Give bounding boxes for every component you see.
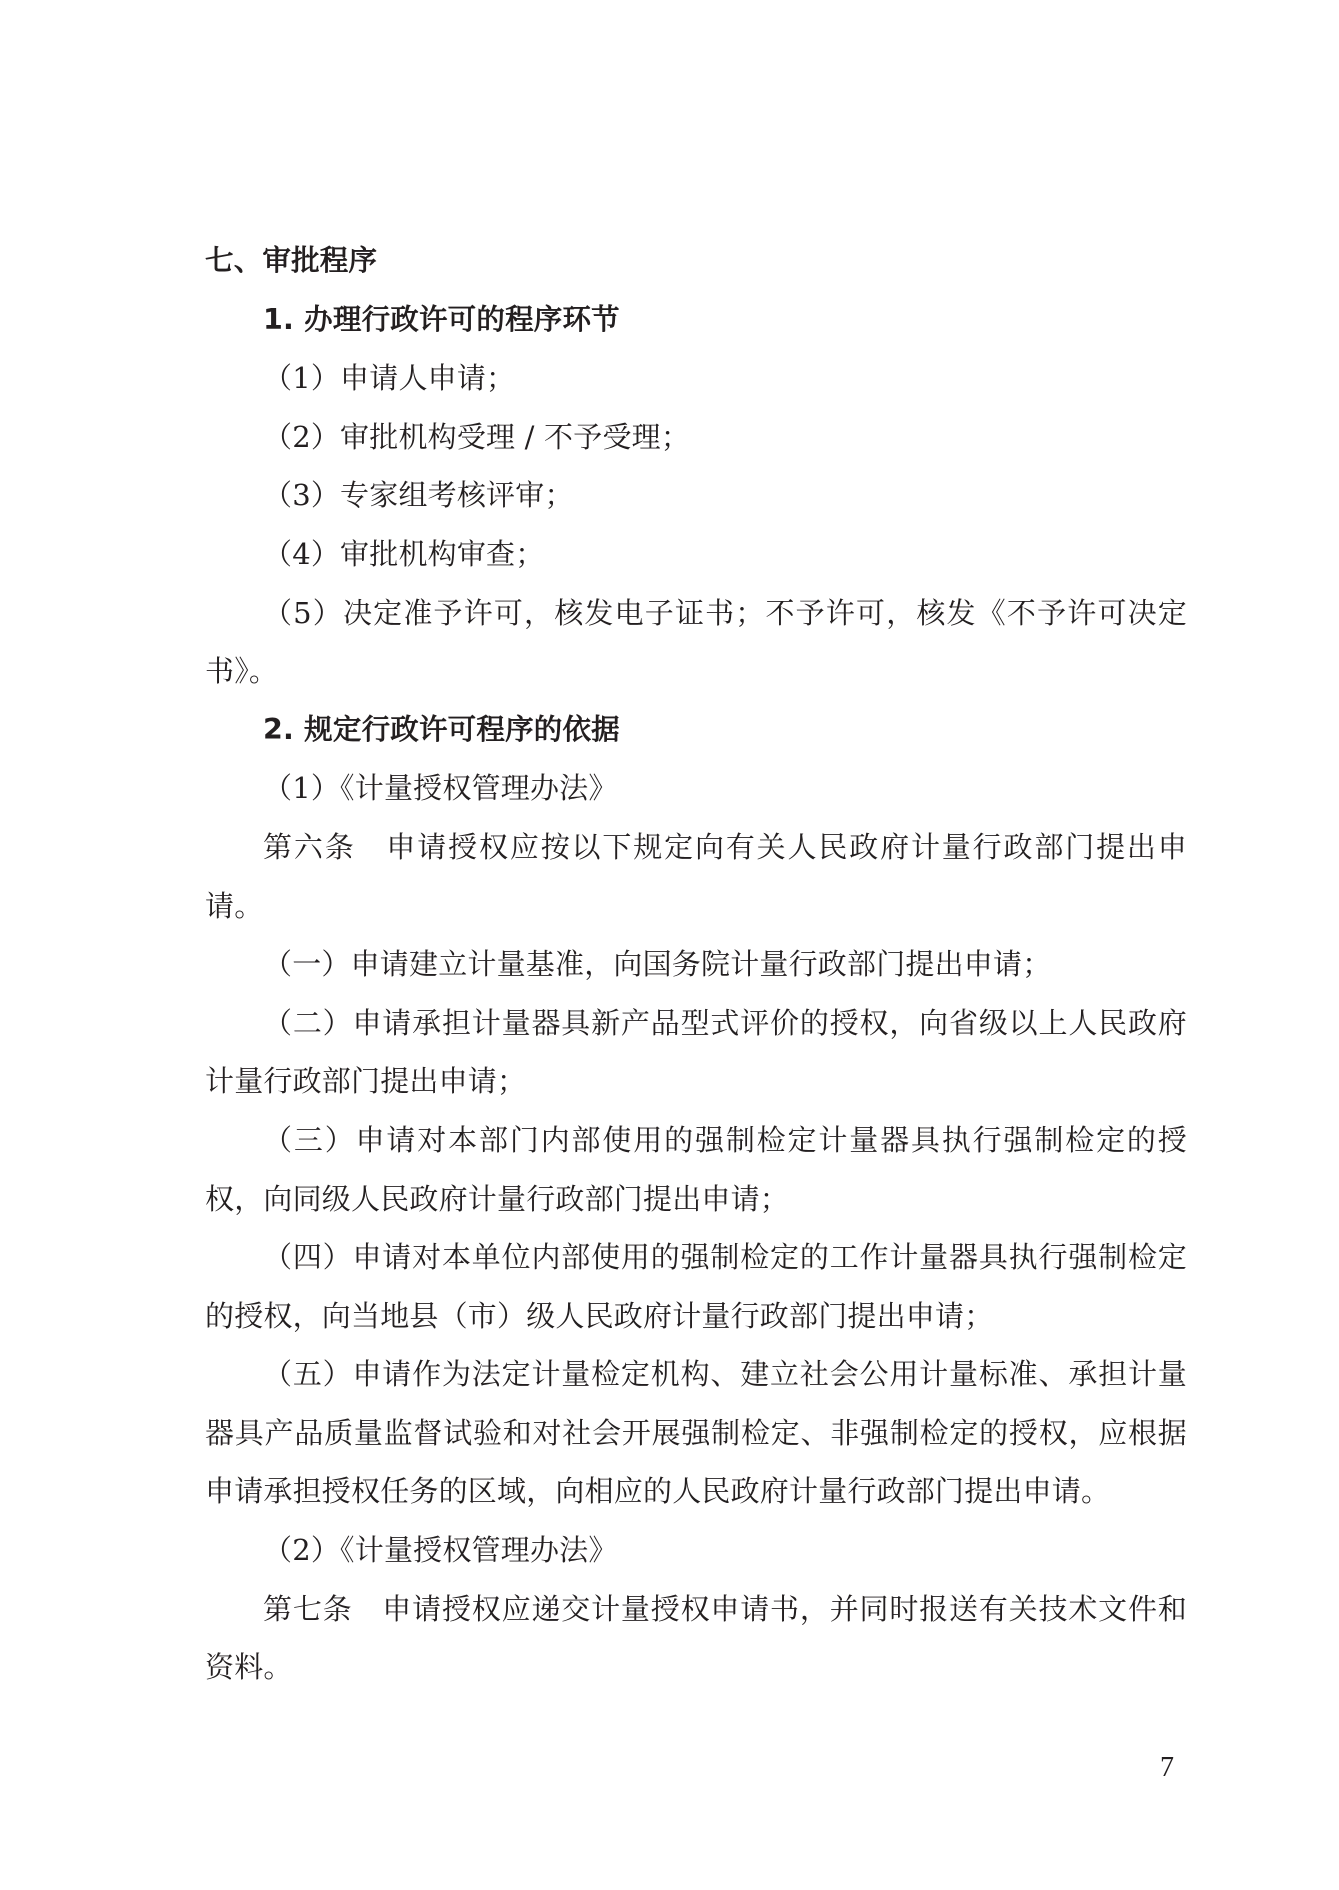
article-6-item-4: （四）申请对本单位内部使用的强制检定的工作计量器具执行强制检定的授权，向当地县（…: [205, 1228, 1187, 1345]
document-page: 七、审批程序 1. 办理行政许可的程序环节 （1）申请人申请； （2）审批机构受…: [0, 0, 1339, 1890]
page-number: 7: [1160, 1752, 1174, 1784]
basis-2-label: （2）《计量授权管理办法》: [205, 1521, 1187, 1580]
subsection-2-title: 2. 规定行政许可程序的依据: [205, 701, 1187, 760]
article-6-item-5: （五）申请作为法定计量检定机构、建立社会公用计量标准、承担计量器具产品质量监督试…: [205, 1345, 1187, 1521]
article-6-item-1: （一）申请建立计量基准，向国务院计量行政部门提出申请；: [205, 935, 1187, 994]
procedure-step-1: （1）申请人申请；: [205, 349, 1187, 408]
article-7: 第七条 申请授权应递交计量授权申请书，并同时报送有关技术文件和资料。: [205, 1580, 1187, 1697]
procedure-step-5: （5）决定准予许可，核发电子证书；不予许可，核发《不予许可决定书》。: [205, 584, 1187, 701]
basis-1-label: （1）《计量授权管理办法》: [205, 759, 1187, 818]
document-body: 七、审批程序 1. 办理行政许可的程序环节 （1）申请人申请； （2）审批机构受…: [205, 232, 1187, 1697]
article-6-item-3: （三）申请对本部门内部使用的强制检定计量器具执行强制检定的授权，向同级人民政府计…: [205, 1111, 1187, 1228]
procedure-step-2: （2）审批机构受理 / 不予受理；: [205, 408, 1187, 467]
procedure-step-3: （3）专家组考核评审；: [205, 466, 1187, 525]
article-6: 第六条 申请授权应按以下规定向有关人民政府计量行政部门提出申请。: [205, 818, 1187, 935]
subsection-1-title: 1. 办理行政许可的程序环节: [205, 291, 1187, 350]
article-6-item-2: （二）申请承担计量器具新产品型式评价的授权，向省级以上人民政府计量行政部门提出申…: [205, 994, 1187, 1111]
section-heading: 七、审批程序: [205, 232, 1187, 291]
procedure-step-4: （4）审批机构审查；: [205, 525, 1187, 584]
